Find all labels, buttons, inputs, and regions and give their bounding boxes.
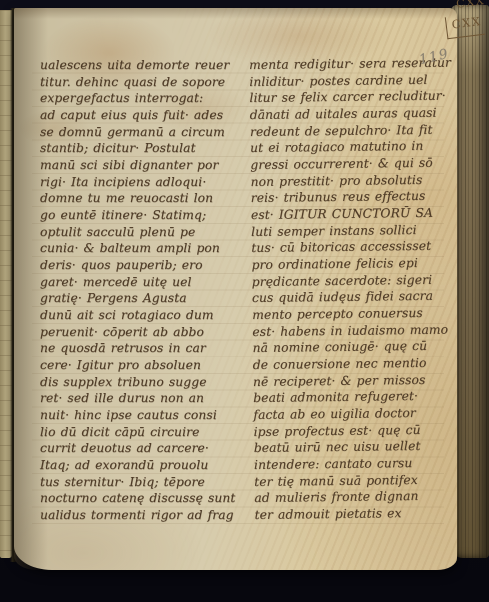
manuscript-text-line: rigi· Ita incipiens adloqui·: [40, 174, 236, 191]
manuscript-text-line: ret· sed ille durus non an: [40, 390, 236, 407]
text-block: ualescens uita demorte reuertitur. dehin…: [40, 57, 452, 524]
folio-mark: CXX: [446, 13, 485, 32]
manuscript-text-line: cere· Igitur pro absoluen: [40, 357, 236, 374]
manuscript-text-line: lio dū dicit cāpū circuire: [40, 424, 236, 441]
manuscript-photo: ualescens uita demorte reuertitur. dehin…: [0, 0, 489, 602]
manuscript-text-line: ualidus tormenti rigor ad frag: [40, 507, 236, 524]
manuscript-text-line: menta redigitur· sera reseratur: [249, 55, 445, 74]
manuscript-text-line: titur. dehinc quasi de sopore: [40, 74, 236, 91]
manuscript-text-line: manū sci sibi dignanter por: [40, 157, 236, 174]
manuscript-text-line: nuit· hinc ipse cautus consi: [40, 407, 236, 424]
manuscript-text-line: beatū uirū nec uisu uellet: [254, 438, 450, 457]
manuscript-text-line: go euntē itinere· Statimq;: [40, 207, 236, 224]
manuscript-text-line: ualescens uita demorte reuer: [40, 57, 236, 74]
manuscript-text-line: expergefactus interrogat:: [40, 90, 236, 107]
manuscript-text-line: currit deuotus ad carcere·: [40, 440, 236, 457]
manuscript-text-line: gressi occurrerent· & qui sō: [250, 155, 446, 174]
manuscript-text-line: dis supplex tribuno sugge: [40, 374, 236, 391]
manuscript-text-line: gratię· Pergens Agusta: [40, 290, 236, 307]
page-top-shadow: [14, 8, 457, 19]
manuscript-text-line: Itaq; ad exorandū prouolu: [40, 457, 236, 474]
manuscript-text-line: se domnū germanū a circum: [40, 124, 236, 141]
manuscript-text-line: domne tu me reuocasti lon: [40, 190, 236, 207]
manuscript-text-line: cunia· & balteum ampli pon: [40, 240, 236, 257]
manuscript-text-line: deris· quos pauperib; ero: [40, 257, 236, 274]
text-column-left: ualescens uita demorte reuertitur. dehin…: [40, 57, 236, 524]
manuscript-text-line: ne quosdā retrusos in car: [40, 340, 236, 357]
manuscript-text-line: tus· cū bitoricas accessisset: [251, 238, 447, 257]
text-column-right: menta redigitur· sera reseraturinliditur…: [249, 55, 451, 524]
manuscript-text-line: garet· mercedē uitę uel: [40, 274, 236, 291]
manuscript-page: ualescens uita demorte reuertitur. dehin…: [14, 8, 457, 570]
manuscript-text-line: nocturno catenę discussę sunt: [40, 490, 236, 507]
manuscript-text-line: dānati ad uitales auras quasi: [250, 105, 446, 124]
manuscript-text-line: ad caput eius quis fuit· ades: [40, 107, 236, 124]
manuscript-text-line: optulit sacculū plenū pe: [40, 224, 236, 241]
manuscript-text-line: stantib; dicitur· Postulat: [40, 140, 236, 157]
manuscript-text-line: mento percepto conuersus: [252, 305, 448, 324]
folio-mark-bracket: CXX: [445, 13, 485, 39]
manuscript-text-line: est· IGITUR CUNCTORŪ SA: [251, 205, 447, 224]
manuscript-text-line: dunū ait sci rotagiaco dum: [40, 307, 236, 324]
manuscript-text-line: de conuersione nec mentio: [253, 355, 449, 374]
manuscript-text-line: peruenit· cōperit ab abbo: [40, 324, 236, 341]
manuscript-text-line: ter admouit pietatis ex: [254, 505, 450, 524]
manuscript-text-line: tus sternitur· Ibiq; tēpore: [40, 474, 236, 491]
manuscript-text-line: nē reciperet· & per missos: [253, 371, 449, 390]
